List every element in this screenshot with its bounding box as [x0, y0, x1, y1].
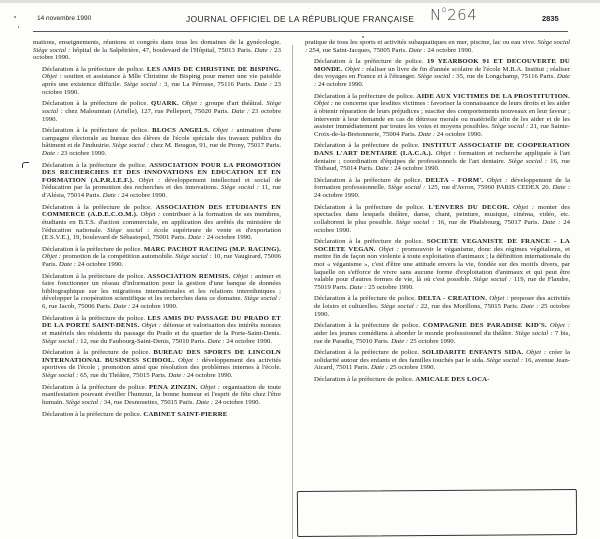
objet-label: Objet :: [314, 100, 333, 107]
association-entry: pratique de tous les sports et activités…: [305, 39, 570, 54]
declaration-date: 25 octobre 1990.: [368, 284, 414, 291]
association-name: DELTA - FORM'.: [426, 177, 484, 184]
objet-label: Objet :: [345, 66, 364, 73]
declaration-intro: Déclaration à la préfecture de police.: [42, 246, 142, 253]
declaration-date: 25 octobre 1990.: [390, 364, 436, 371]
siege-address: 3, rue La Pérouse, 75116 Paris.: [164, 81, 252, 88]
siege-label: Siège social :: [124, 81, 162, 88]
association-name: MARC PACHOT RACING (M.P. RACING).: [144, 246, 281, 253]
siege-address: chez M. Bougon, 91, rue de Prony, 75017 …: [151, 142, 281, 149]
siege-label: Siège social :: [418, 73, 455, 80]
right-column: pratique de tous les sports et activités…: [305, 39, 570, 388]
declaration-intro: Déclaration à la préfecture de police.: [314, 142, 420, 149]
page-header: 14 novembre 1990 JOURNAL OFFICIEL DE LA …: [33, 13, 568, 27]
handwritten-highlight-box: [297, 489, 577, 537]
siege-address: 16, rue de Phalsbourg, 75017 Paris.: [437, 219, 539, 226]
scan-top-edge: [0, 0, 600, 3]
date-label: Date :: [59, 261, 76, 268]
objet-label: Objet :: [526, 349, 546, 356]
objet-label: Objet :: [142, 322, 161, 329]
association-entry: Déclaration à la préfecture de police. C…: [33, 411, 281, 419]
date-label: Date :: [254, 47, 272, 54]
association-name: COMPAGNIE DES PARADISE KID'S.: [423, 322, 547, 329]
siege-address: 6, rue Jacob, 75006 Paris.: [42, 303, 112, 310]
scan-speck: [18, 26, 19, 28]
siege-address: 125, rue d'Avron, 75960 PARIS CEDEX 20.: [427, 184, 550, 191]
objet-label: Objet :: [436, 150, 456, 157]
declaration-date: 24 octobre 1990.: [318, 81, 364, 88]
declaration-intro: Déclaration à la préfecture de police.: [314, 58, 423, 65]
declaration-date: 24 octobre 1990.: [437, 131, 483, 138]
declaration-date: 23 octobre 1990.: [61, 150, 107, 157]
siege-label: Siège social :: [221, 184, 259, 191]
association-entry: Déclaration à la préfecture de police. 1…: [305, 58, 570, 88]
siege-label: Siège social :: [491, 123, 528, 130]
declaration-date: 24 octobre 1990.: [215, 399, 261, 406]
association-name: BLOCS ANGELS.: [152, 127, 210, 134]
siege-address: 34, rue Desnouettes, 75015 Paris.: [104, 399, 195, 406]
association-entry: Déclaration à la préfecture de police. L…: [33, 66, 281, 96]
declaration-intro: Déclaration à la préfecture de police.: [42, 384, 146, 391]
left-column: mations, enseignements, réunions et cong…: [33, 39, 281, 423]
siege-address: chez Maloumian (Arielle), 127, rue Pelle…: [65, 108, 229, 115]
objet-text: groupe d'art théâtral.: [205, 100, 263, 107]
association-entry: Déclaration à la préfecture de police. A…: [33, 204, 281, 242]
association-entry: Déclaration à la préfecture de police. C…: [305, 322, 570, 345]
siege-address: 254, rue Saint-Jacques, 75005 Paris.: [309, 47, 407, 54]
siege-label: Siège social :: [112, 142, 149, 149]
date-label: Date :: [188, 234, 205, 241]
declaration-date: 24 octobre 1990.: [314, 192, 360, 199]
siege-address: 35, rue de Longchamp, 75116 Paris.: [456, 73, 555, 80]
siege-label: Siège social :: [66, 399, 102, 406]
declaration-intro: Déclaration à la préfecture de police.: [42, 100, 148, 107]
objet-label: Objet :: [487, 177, 508, 184]
declaration-date: 24 octobre 1990.: [78, 261, 124, 268]
declaration-intro: Déclaration à la préfecture de police.: [314, 322, 420, 329]
objet-label: Objet :: [213, 127, 233, 134]
date-label: Date :: [103, 192, 120, 199]
siege-label: Siège social :: [175, 253, 212, 260]
page-number: 2835: [542, 14, 559, 23]
siege-label: Siège social :: [33, 47, 70, 54]
objet-label: Objet :: [182, 100, 202, 107]
siege-label: Siège social :: [508, 158, 547, 165]
date-label: Date :: [208, 338, 225, 345]
declaration-date: 24 octobre 1990.: [394, 165, 440, 172]
declaration-date: 24 octobre 1990.: [226, 338, 272, 345]
declaration-intro: Déclaration à la préfecture de police.: [314, 177, 422, 184]
date-label: Date :: [113, 303, 130, 310]
association-name: QUARK.: [151, 100, 179, 107]
siege-label: Siège social :: [244, 295, 281, 302]
declaration-intro: Déclaration à la préfecture de police.: [314, 93, 415, 100]
association-entry: Déclaration à la préfecture de police. P…: [33, 384, 281, 407]
declaration-intro: Déclaration à la préfecture de police.: [42, 127, 149, 134]
siege-address: hôpital de la Salpêtrière, 47, boulevard…: [73, 47, 253, 54]
association-entry: Déclaration à la préfecture de police. A…: [305, 93, 570, 138]
association-name: AIDE AUX VICTIMES DE LA PROSTITUTION.: [416, 93, 570, 100]
scan-speck: [14, 16, 16, 18]
declaration-date: 25 octobre 1990.: [410, 338, 456, 345]
association-name: DELTA - CREATION.: [418, 295, 487, 302]
objet-label: Objet :: [489, 295, 508, 302]
date-label: Date :: [409, 47, 426, 54]
date-label: Date :: [196, 399, 213, 406]
declaration-intro: Déclaration à la préfecture de police.: [314, 204, 425, 211]
association-entry: Déclaration à la préfecture de police. M…: [33, 246, 281, 269]
association-entry: Déclaration à la préfecture de police. I…: [305, 142, 570, 172]
declaration-intro: Déclaration à la préfecture de police.: [42, 162, 147, 169]
date-label: Date :: [371, 364, 388, 371]
siege-label: Siège social :: [42, 338, 78, 345]
siege-label: Siège social :: [381, 303, 419, 310]
scan-speck: [362, 36, 364, 38]
declaration-intro: Déclaration à la préfecture de police.: [314, 295, 416, 302]
date-label: Date :: [418, 131, 435, 138]
siege-label: Siège social :: [107, 227, 149, 234]
siege-address: 65, rue du Théâtre, 75015 Paris.: [80, 372, 166, 379]
objet-text: promotion de la compétition automobile.: [63, 253, 174, 260]
objet-label: Objet :: [200, 384, 220, 391]
objet-label: Objet :: [42, 73, 62, 80]
date-label: Date :: [391, 338, 408, 345]
declaration-intro: Déclaration à la préfecture de police.: [42, 315, 145, 322]
objet-label: Objet :: [550, 322, 570, 329]
siege-label: Siège social :: [486, 357, 523, 364]
association-entry: Déclaration à la préfecture de police. Q…: [33, 100, 281, 123]
declaration-date: 24 octobre 1990.: [121, 192, 167, 199]
declaration-intro: Déclaration à la préfecture de police.: [314, 349, 419, 356]
declaration-date: 24 octobre 1990.: [207, 234, 253, 241]
association-name: SOLIDARITE ENFANTS SIDA.: [422, 349, 524, 356]
issue-date: 14 novembre 1990: [37, 15, 91, 22]
association-entry: Déclaration à la préfecture de police. L…: [33, 315, 281, 345]
association-name: L'ENVERS DU DECOR.: [428, 204, 509, 211]
siege-address: 22, rue des Morillons, 75015 Paris.: [421, 303, 519, 310]
declaration-intro: Déclaration à la préfecture de police.: [314, 376, 414, 383]
association-name: ASSOCIATION REMISIS.: [147, 273, 230, 280]
association-entry: mations, enseignements, réunions et cong…: [33, 39, 281, 62]
siege-label: Siège social :: [42, 372, 78, 379]
publication-title: JOURNAL OFFICIEL DE LA RÉPUBLIQUE FRANÇA…: [186, 14, 414, 24]
objet-label: Objet :: [379, 246, 399, 253]
declaration-intro: Déclaration à la préfecture de police.: [42, 411, 142, 418]
date-label: Date :: [542, 219, 560, 226]
objet-label: Objet :: [178, 357, 199, 364]
objet-text: aider les jeunes comédiens à aborder le …: [314, 330, 513, 337]
scan-mark: [22, 162, 29, 168]
declaration-intro: Déclaration à la préfecture de police.: [42, 349, 150, 356]
association-entry: Déclaration à la préfecture de police. B…: [33, 349, 281, 379]
association-entry: Déclaration à la préfecture de police. D…: [305, 295, 570, 318]
declaration-date: 24 octobre 1990.: [427, 47, 473, 54]
date-label: Date :: [231, 108, 249, 115]
siege-address: 12, rue du Faubourg-Saint-Denis, 75010 P…: [80, 338, 206, 345]
date-label: Date :: [168, 372, 185, 379]
header-rule: [33, 31, 568, 32]
association-entry-highlighted: Déclaration à la préfecture de police. S…: [305, 349, 570, 372]
date-label: Date :: [521, 303, 539, 310]
siege-label: Siège social :: [396, 219, 435, 226]
association-entry: Déclaration à la préfecture de police. A…: [305, 376, 570, 384]
objet-label: Objet :: [42, 253, 61, 260]
objet-text: pratique de tous les sports et activités…: [305, 39, 536, 46]
date-label: Date :: [375, 165, 392, 172]
association-entry: Déclaration à la préfecture de police. D…: [305, 177, 570, 200]
association-entry: Déclaration à la préfecture de police. A…: [33, 273, 281, 311]
declaration-date: 24 octobre 1990.: [187, 372, 233, 379]
declaration-date: 24 octobre 1990.: [132, 303, 178, 310]
siege-label: Siège social :: [388, 184, 425, 191]
date-label: Date :: [254, 81, 272, 88]
association-entry: Déclaration à la préfecture de police. B…: [33, 127, 281, 157]
declaration-intro: Déclaration à la préfecture de police.: [42, 204, 152, 211]
association-entry: Déclaration à la préfecture de police. L…: [305, 204, 570, 234]
association-name: PENA ZINZIN.: [149, 384, 198, 391]
declaration-intro: Déclaration à la préfecture de police.: [314, 238, 423, 245]
association-name: LES AMIS DE CHRISTINE DE BISPING.: [147, 66, 281, 73]
handwritten-issue-number: No264: [430, 6, 477, 24]
association-entry: Déclaration à la préfecture de police. A…: [33, 162, 281, 200]
date-label: Date :: [349, 284, 366, 291]
siege-label: Siège social :: [473, 276, 511, 283]
declaration-intro: Déclaration à la préfecture de police.: [42, 273, 145, 280]
association-name: CABINET SAINT-PIERRE: [143, 411, 227, 418]
siege-label: Siège social :: [515, 330, 552, 337]
declaration-intro: Déclaration à la préfecture de police.: [42, 66, 145, 73]
objet-label: Objet :: [233, 273, 253, 280]
date-label: Date :: [42, 150, 59, 157]
objet-label: Objet :: [140, 211, 160, 218]
objet-label: Objet :: [138, 177, 160, 184]
association-name: AMICALE DES LOCA-: [415, 376, 489, 383]
date-label: Date :: [552, 184, 570, 191]
objet-label: Objet :: [513, 204, 534, 211]
objet-text: mations, enseignements, réunions et cong…: [33, 39, 281, 46]
column-divider: [292, 45, 293, 539]
association-entry: Déclaration à la préfecture de police. S…: [305, 238, 570, 291]
